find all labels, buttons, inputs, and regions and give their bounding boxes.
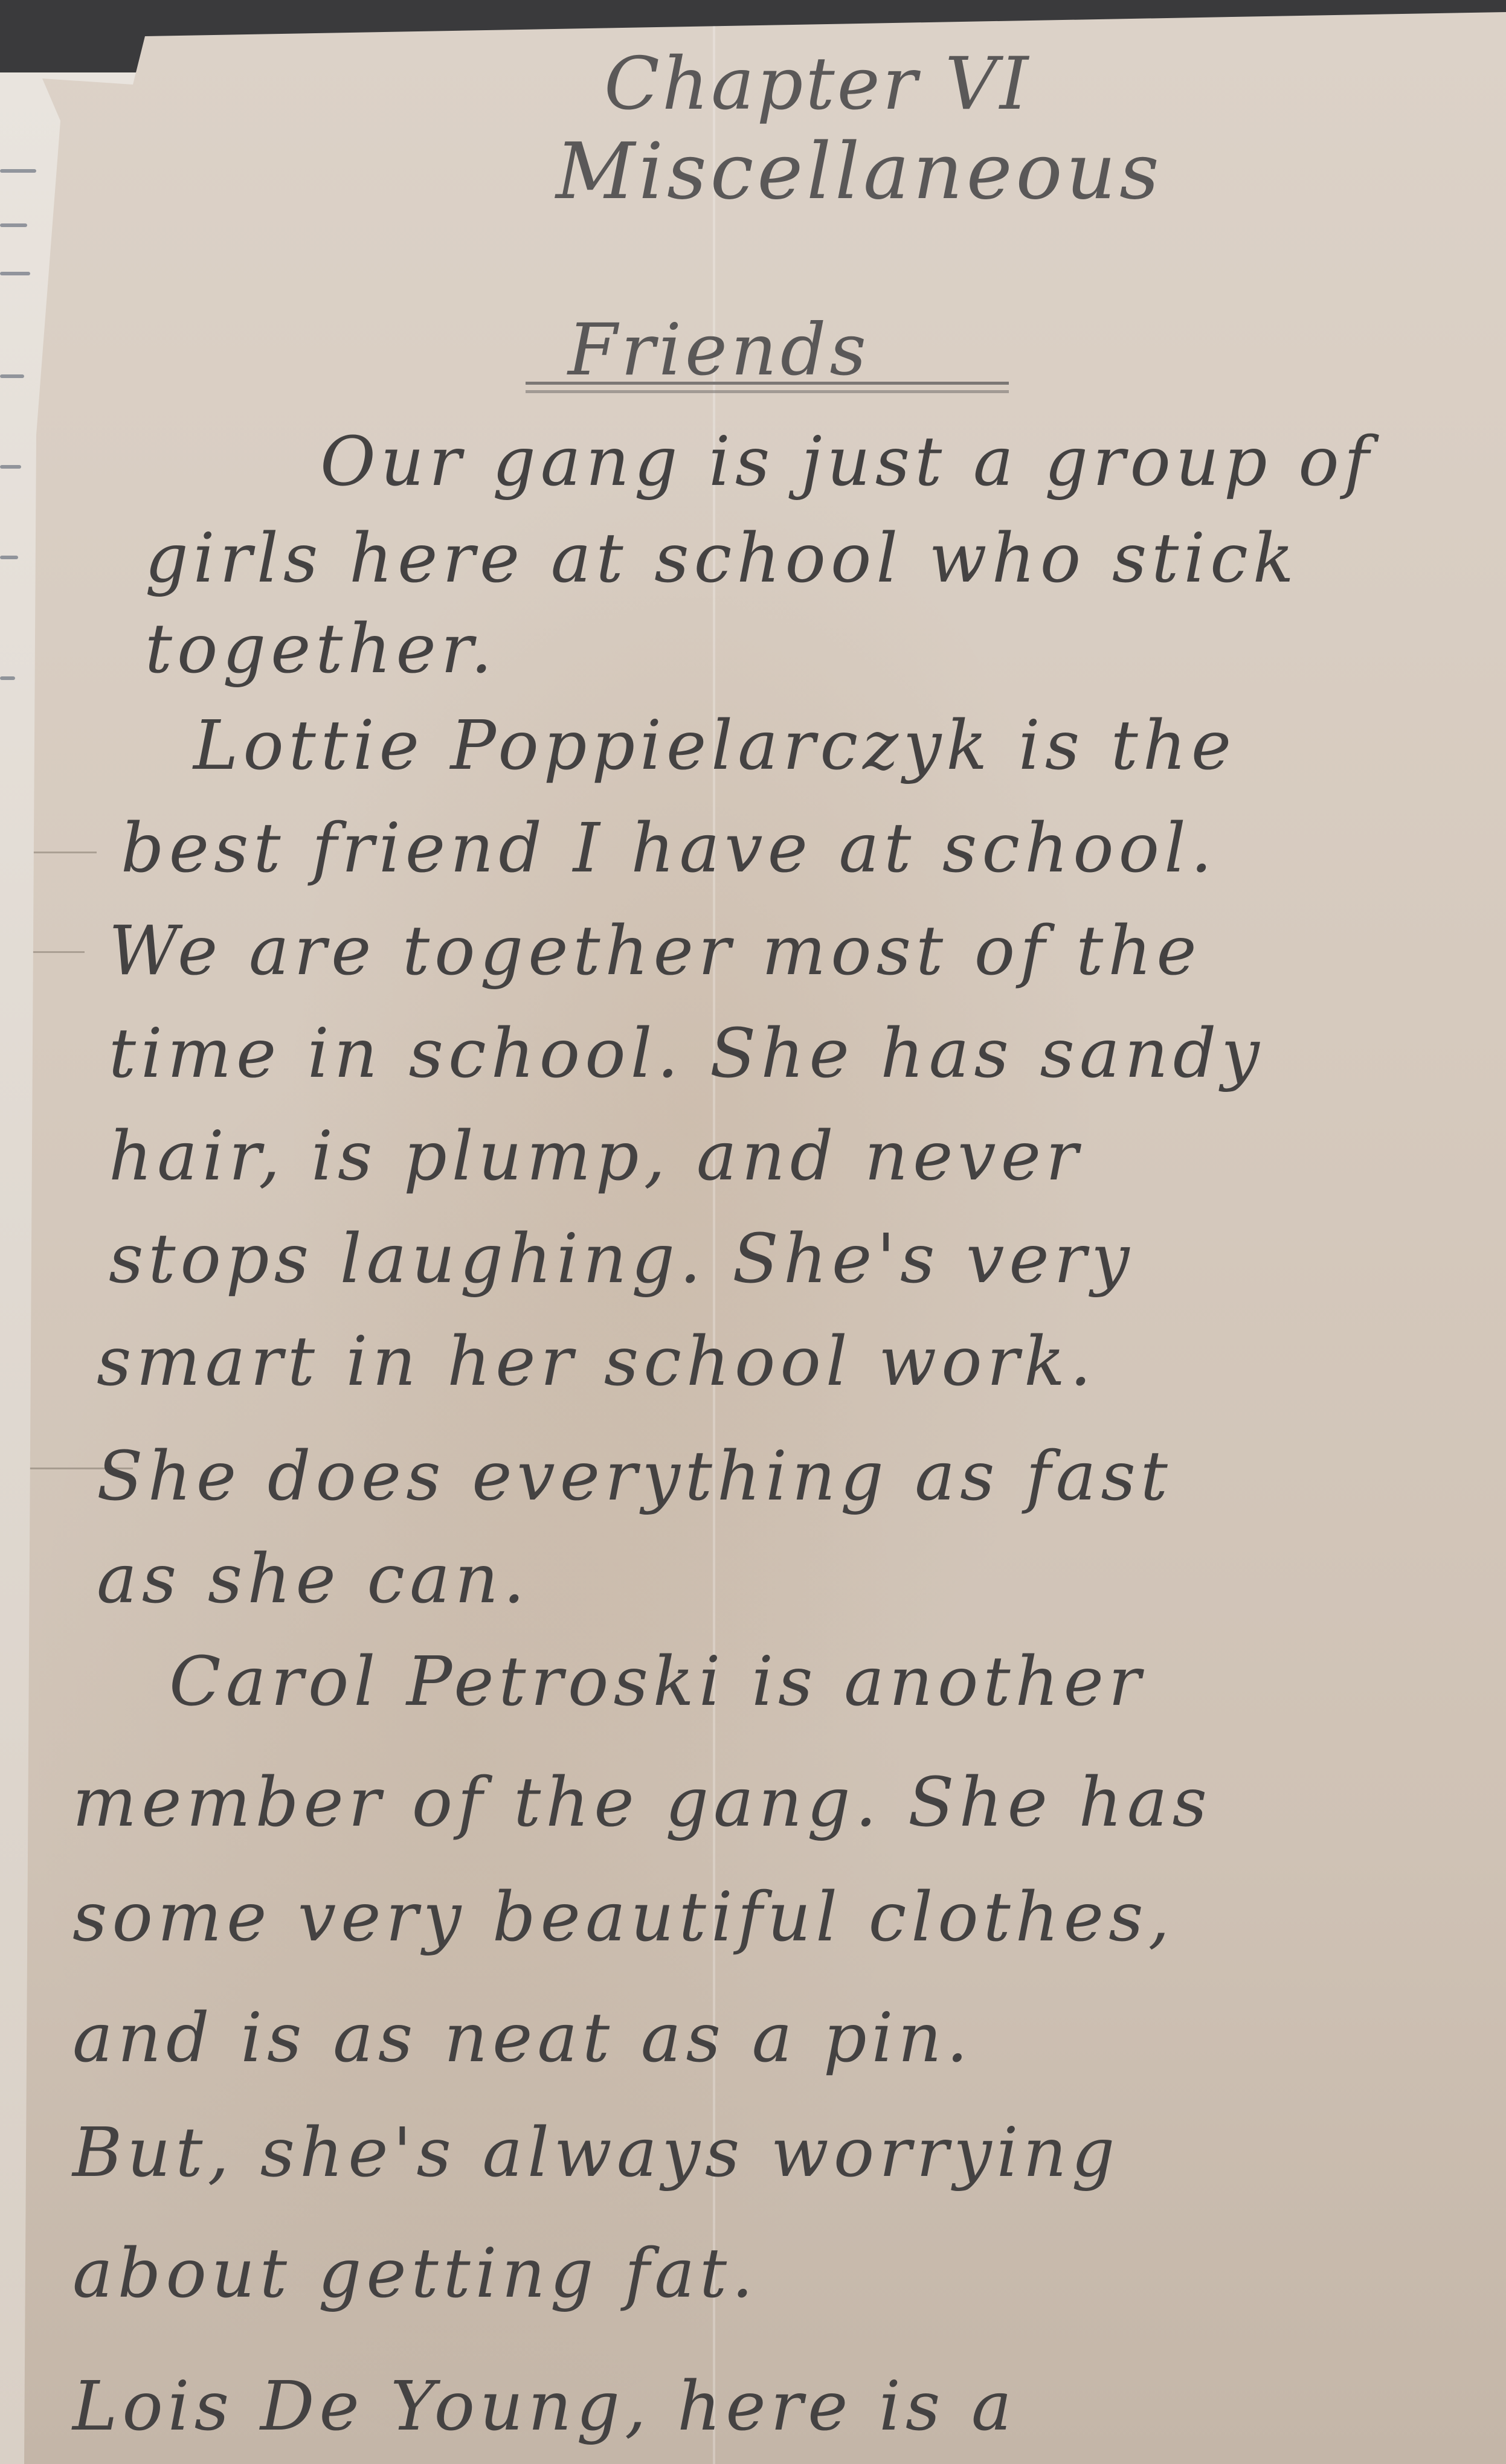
handwritten-page: Chapter VI Miscellaneous Friends Our gan… [24, 12, 1506, 2464]
text-line: Lottie Poppielarczyk is the [193, 707, 1236, 785]
underlying-ink-stroke [0, 272, 30, 275]
text-line: as she can. [97, 1540, 530, 1619]
text-line: Carol Petroski is another [169, 1643, 1145, 1721]
text-line: But, she's always worrying [72, 2114, 1119, 2192]
text-line: She does everything as fast [97, 1437, 1173, 1516]
text-line: together. [145, 610, 497, 688]
text-line: Our gang is just a group of [320, 423, 1374, 501]
text-line: about getting fat. [72, 2235, 758, 2313]
text-line: Lois De Young, here is a [72, 2367, 1017, 2446]
section-title: Miscellaneous [556, 127, 1163, 217]
text-line: member of the gang. She has [72, 1763, 1212, 1842]
underlying-ink-stroke [0, 169, 36, 173]
text-line: time in school. She has sandy [109, 1015, 1264, 1093]
heading-friends: Friends [568, 308, 870, 391]
text-line: We are together most of the [109, 912, 1202, 990]
underlying-ink-stroke [0, 465, 21, 469]
underlying-ink-stroke [0, 374, 24, 378]
text-line: girls here at school who stick [145, 519, 1299, 598]
text-line: stops laughing. She's very [109, 1220, 1134, 1298]
text-line: some very beautiful clothes, [72, 1878, 1174, 1957]
page-text: Chapter VI Miscellaneous Friends Our gan… [24, 12, 1506, 2464]
underlying-ink-stroke [0, 676, 15, 680]
heading-underline [526, 390, 1009, 393]
chapter-title: Chapter VI [604, 42, 1031, 126]
heading-underline [526, 382, 1009, 385]
underlying-ink-stroke [0, 556, 18, 559]
text-line: smart in her school work. [97, 1323, 1096, 1401]
underlying-ink-stroke [0, 223, 27, 227]
text-line: best friend I have at school. [121, 809, 1217, 888]
text-line: and is as neat as a pin. [72, 1999, 973, 2077]
text-line: hair, is plump, and never [109, 1117, 1083, 1196]
